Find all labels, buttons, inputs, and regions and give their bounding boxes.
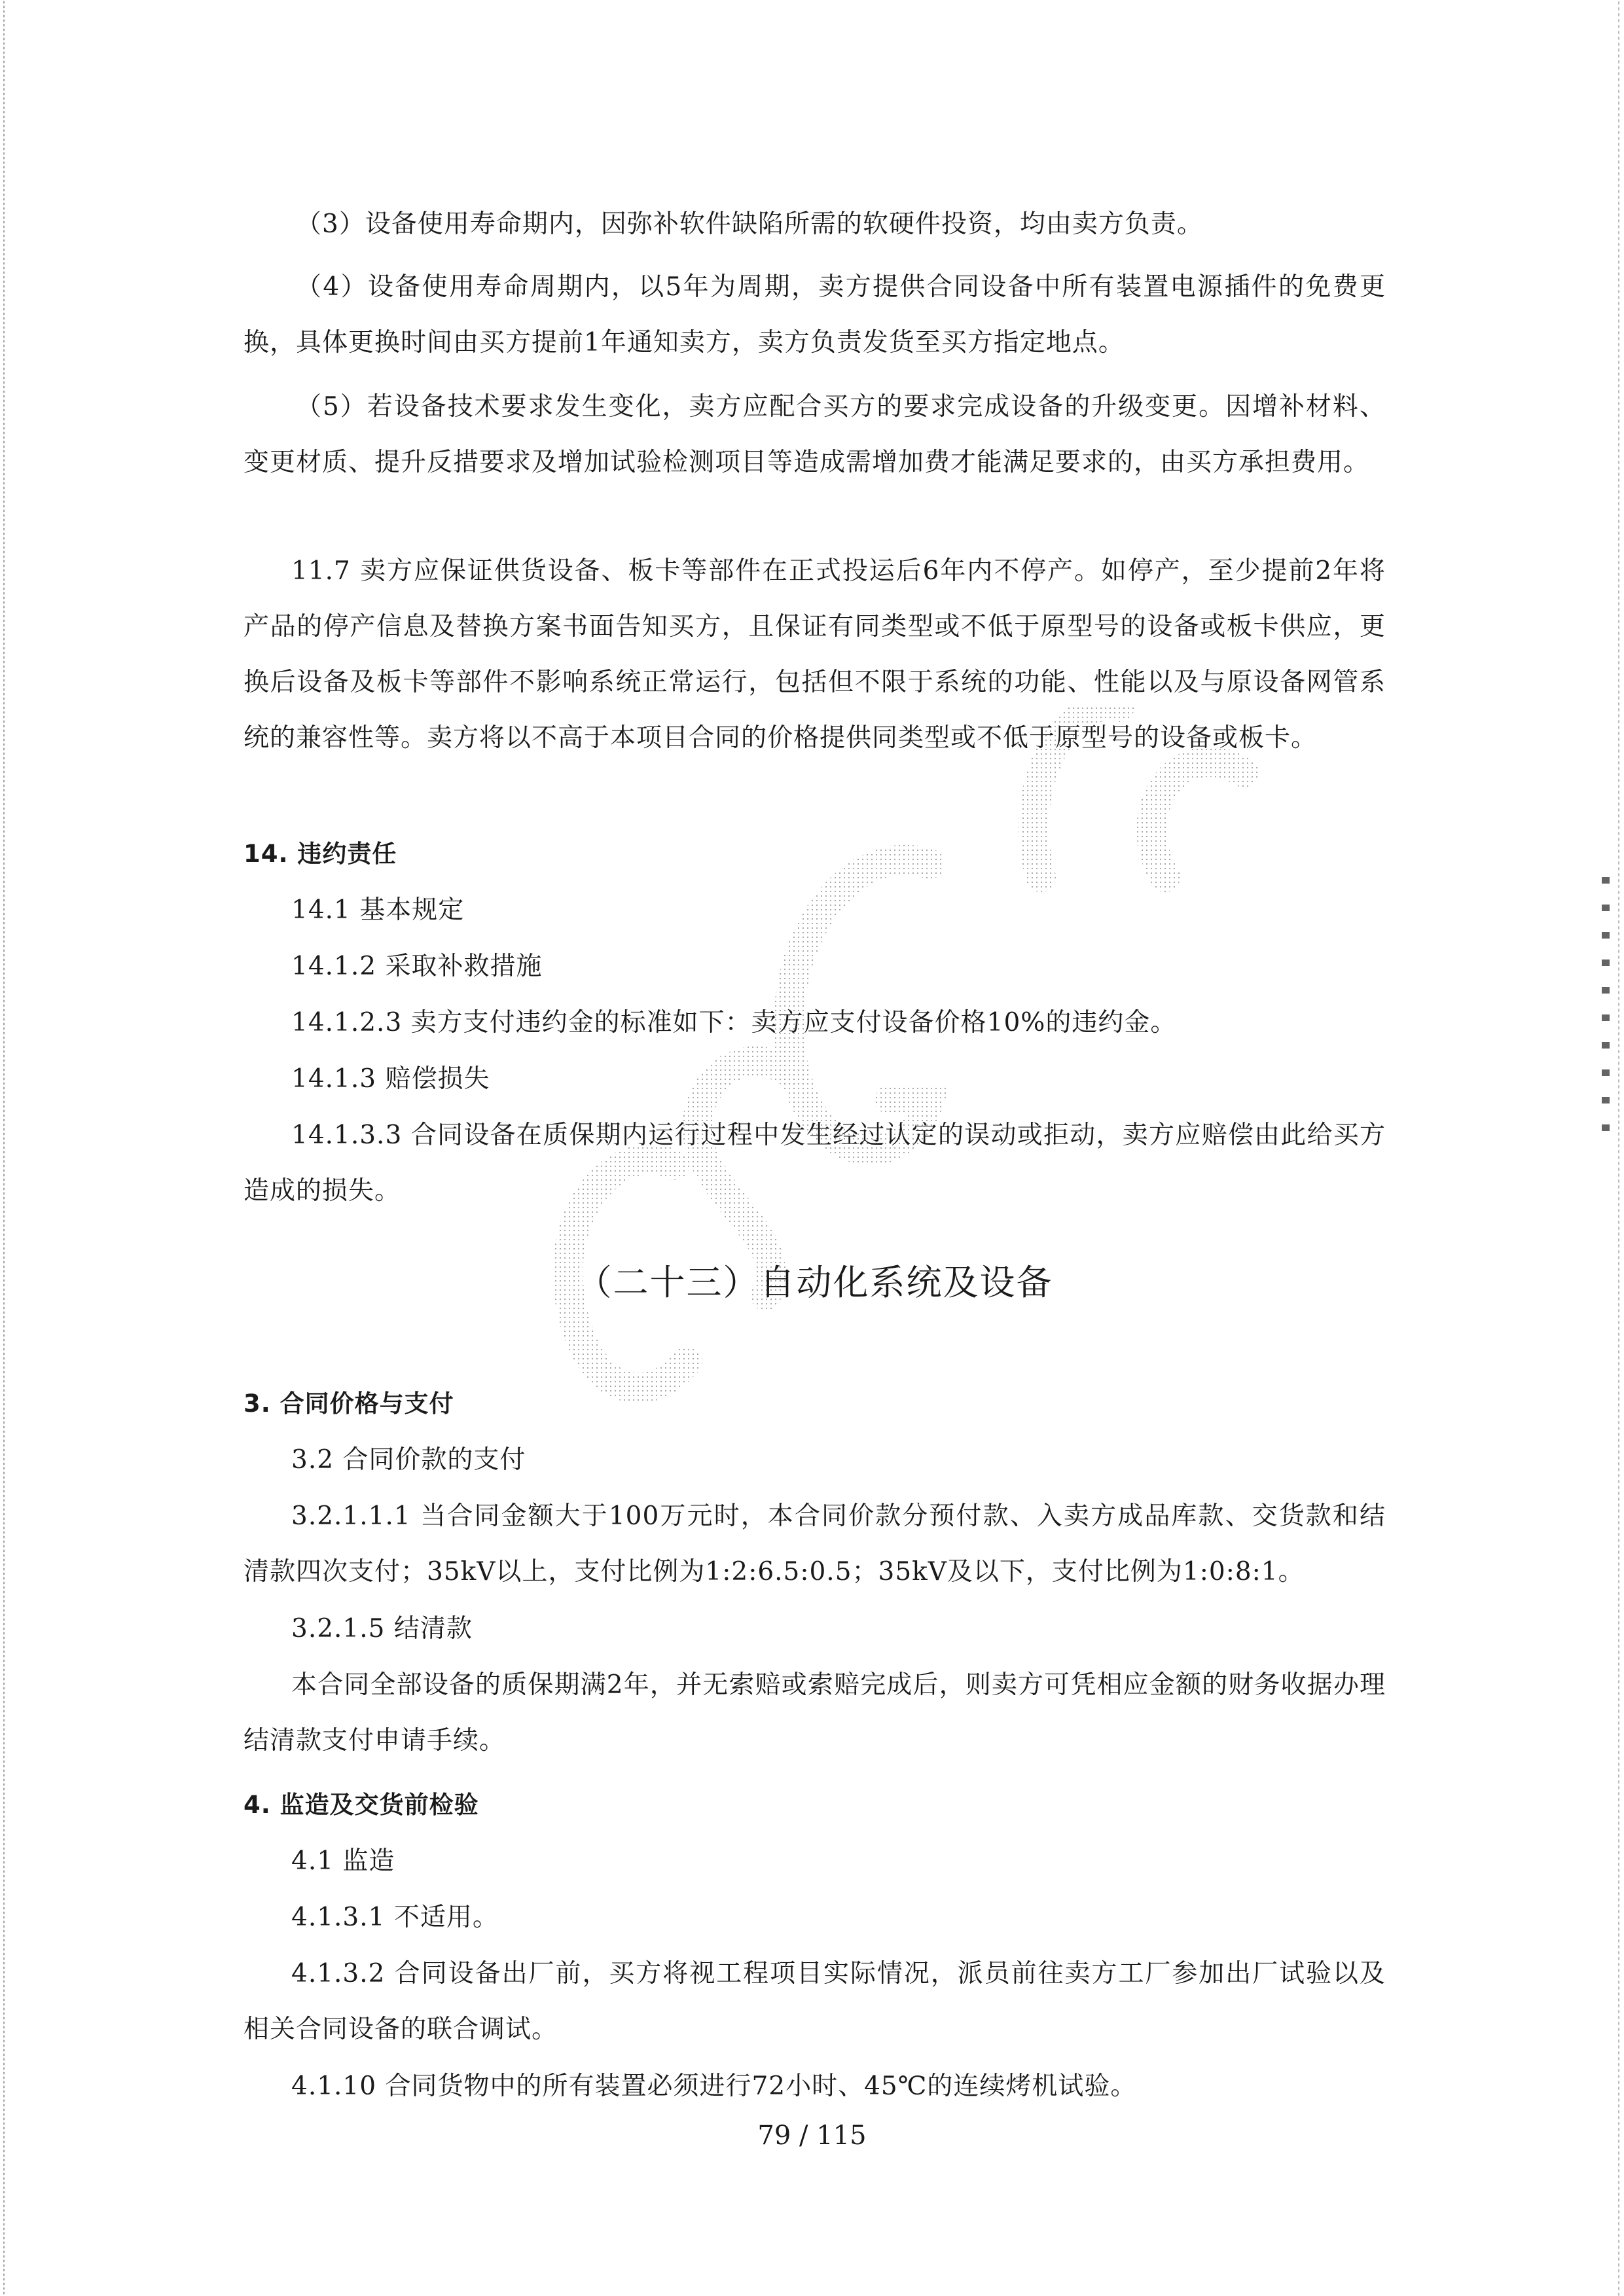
clause-3-2-1-5: 3.2.1.5 结清款 [244,1601,1386,1657]
clause-14-1-2-3: 14.1.2.3 卖方支付违约金的标准如下：卖方应支付设备价格10%的违约金。 [244,995,1386,1050]
clause-14-1-2: 14.1.2 采取补救措施 [244,939,1386,994]
paragraph-item-5: （5）若设备技术要求发生变化，卖方应配合买方的要求完成设备的升级变更。因增补材料… [244,379,1386,490]
scan-edge-left [3,0,5,2296]
clause-14-1-3-3: 14.1.3.3 合同设备在质保期内运行过程中发生经过认定的误动或拒动，卖方应赔… [244,1107,1386,1219]
chapter-title: （二十三）自动化系统及设备 [244,1257,1386,1309]
binding-marks [1602,877,1610,1152]
settlement-paragraph: 本合同全部设备的质保期满2年，并无索赔或索赔完成后，则卖方可凭相应金额的财务收据… [244,1657,1386,1768]
clause-3-2: 3.2 合同价款的支付 [244,1432,1386,1488]
clause-14-1: 14.1 基本规定 [244,882,1386,938]
clause-4-1: 4.1 监造 [244,1833,1386,1889]
section-14-heading: 14. 违约责任 [244,826,1386,882]
scan-edge-right [1617,0,1620,2296]
page-number: 79 / 115 [0,2121,1624,2151]
paragraph-item-4: （4）设备使用寿命周期内，以5年为周期，卖方提供合同设备中所有装置电源插件的免费… [244,259,1386,370]
clause-3-2-1-1-1: 3.2.1.1.1 当合同金额大于100万元时，本合同价款分预付款、入卖方成品库… [244,1488,1386,1600]
clause-4-1-10: 4.1.10 合同货物中的所有装置必须进行72小时、45℃的连续烤机试验。 [244,2058,1386,2114]
clause-14-1-3: 14.1.3 赔偿损失 [244,1051,1386,1107]
clause-4-1-3-1: 4.1.3.1 不适用。 [244,1890,1386,1945]
section-3-heading: 3. 合同价格与支付 [244,1376,1386,1431]
paragraph-11-7: 11.7 卖方应保证供货设备、板卡等部件在正式投运后6年内不停产。如停产，至少提… [244,543,1386,766]
section-4-heading: 4. 监造及交货前检验 [244,1777,1386,1833]
clause-4-1-3-2: 4.1.3.2 合同设备出厂前，买方将视工程项目实际情况，派员前往卖方工厂参加出… [244,1946,1386,2057]
paragraph-item-3: （3）设备使用寿命期内，因弥补软件缺陷所需的软硬件投资，均由卖方负责。 [244,196,1386,252]
